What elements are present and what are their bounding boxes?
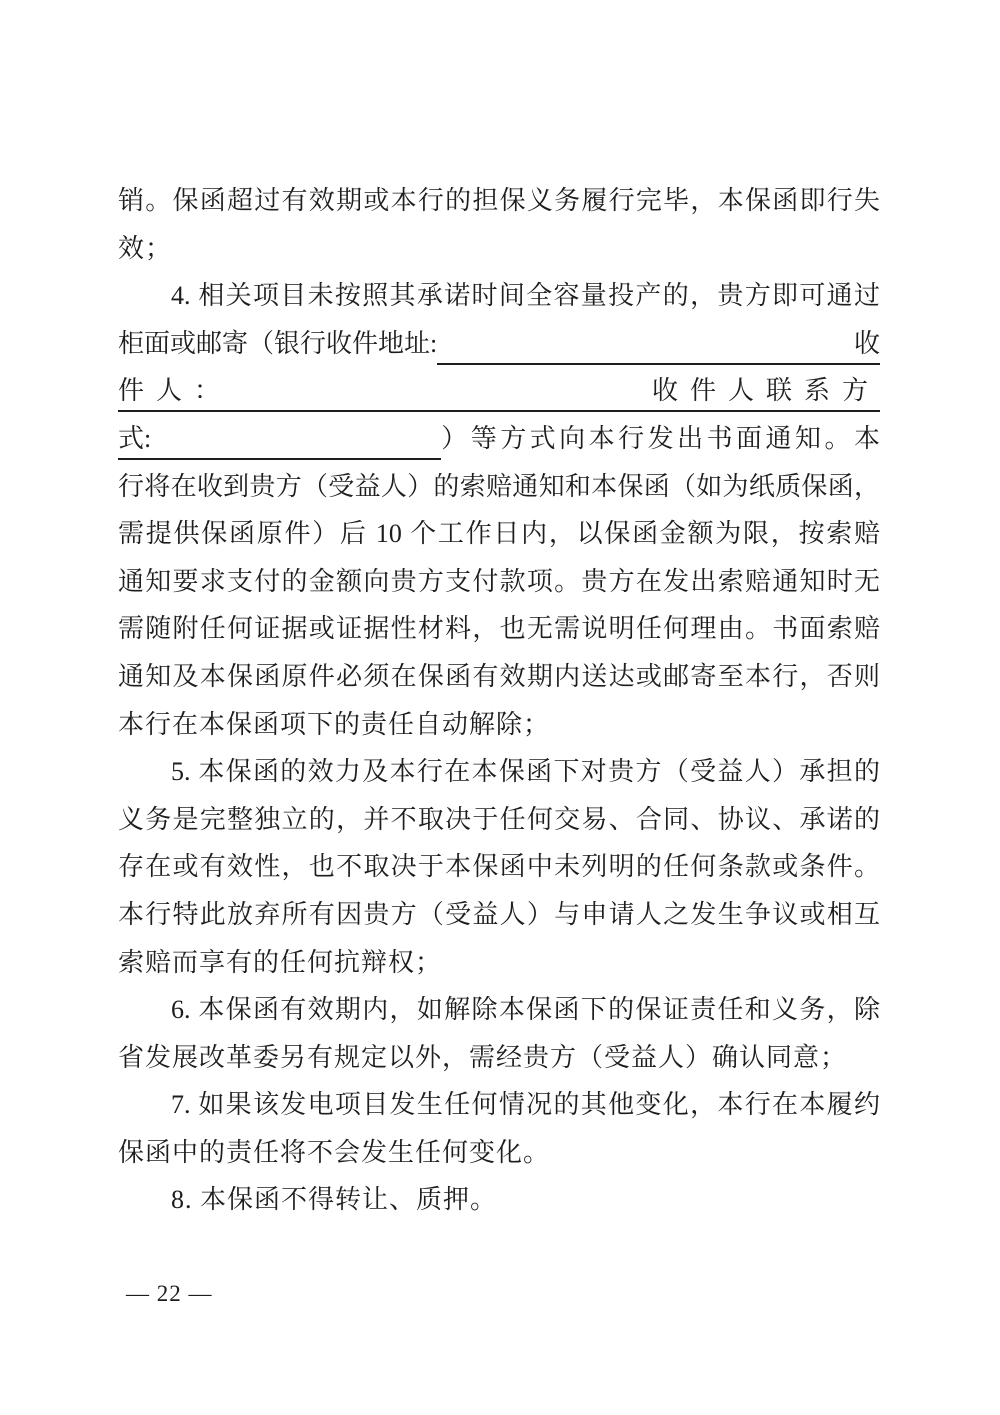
bank-address-line-tail: 收 (854, 320, 880, 365)
document-body: 销。保函超过有效期或本行的担保义务履行完毕，本保函即行失 效； 4. 相关项目未… (118, 177, 880, 1224)
contact-method-label: 式: (118, 415, 151, 460)
text-line: 销。保函超过有效期或本行的担保义务履行完毕，本保函即行失 (118, 177, 880, 225)
clause-5-start-line: 5. 本保函的效力及本行在本保函下对贵方（受益人）承担的 (118, 748, 880, 796)
text-line: 省发展改革委另有规定以外，需经贵方（受益人）确认同意； (118, 1034, 880, 1082)
text-line: 本行在本保函项下的责任自动解除； (118, 701, 880, 749)
text-line: 保函中的责任将不会发生任何变化。 (118, 1129, 880, 1177)
bank-address-blank-field (437, 320, 854, 365)
text-line: 行将在收到贵方（受益人）的索赔通知和本保函（如为纸质保函， (118, 463, 880, 511)
text-line: 存在或有效性，也不取决于本保函中未列明的任何条款或条件。 (118, 843, 880, 891)
text-line: 效； (118, 225, 880, 273)
clause-7-start-line: 7. 如果该发电项目发生任何情况的其他变化，本行在本履约 (118, 1081, 880, 1129)
form-line-contact-method: 式: ）等方式向本行发出书面通知。本 (118, 415, 880, 463)
form-line-bank-address: 柜面或邮寄（银行收件地址: 收 (118, 320, 880, 368)
addressee-label: 件人： (118, 367, 232, 412)
text-line: 需提供保函原件）后 10 个工作日内，以保函金额为限，按索赔 (118, 510, 880, 558)
addressee-blank-field (232, 367, 652, 412)
clause-8-line: 8. 本保函不得转让、质押。 (118, 1176, 880, 1224)
form-line-addressee: 件人： 收件人联系方 (118, 367, 880, 415)
text-line: 通知要求支付的金额向贵方支付款项。贵方在发出索赔通知时无 (118, 558, 880, 606)
page-number: — 22 — (126, 1279, 213, 1309)
clause-4-start-line: 4. 相关项目未按照其承诺时间全容量投产的，贵方即可通过 (118, 272, 880, 320)
bank-address-label: 柜面或邮寄（银行收件地址: (118, 320, 437, 363)
text-line: 本行特此放弃所有因贵方（受益人）与申请人之发生争议或相互 (118, 891, 880, 939)
text-line: 义务是完整独立的，并不取决于任何交易、合同、协议、承诺的 (118, 796, 880, 844)
document-page: 销。保函超过有效期或本行的担保义务履行完毕，本保函即行失 效； 4. 相关项目未… (0, 0, 1000, 1415)
text-line: 通知及本保函原件必须在保函有效期内送达或邮寄至本行，否则 (118, 653, 880, 701)
text-line: 需随附任何证据或证据性材料，也无需说明任何理由。书面索赔 (118, 605, 880, 653)
clause-6-start-line: 6. 本保函有效期内，如解除本保函下的保证责任和义务，除 (118, 986, 880, 1034)
text-line: 索赔而享有的任何抗辩权； (118, 939, 880, 987)
addressee-line-tail: 收件人联系方 (652, 367, 880, 412)
contact-method-blank-field (151, 415, 441, 460)
contact-method-line-tail: ）等方式向本行发出书面通知。本 (441, 415, 880, 458)
